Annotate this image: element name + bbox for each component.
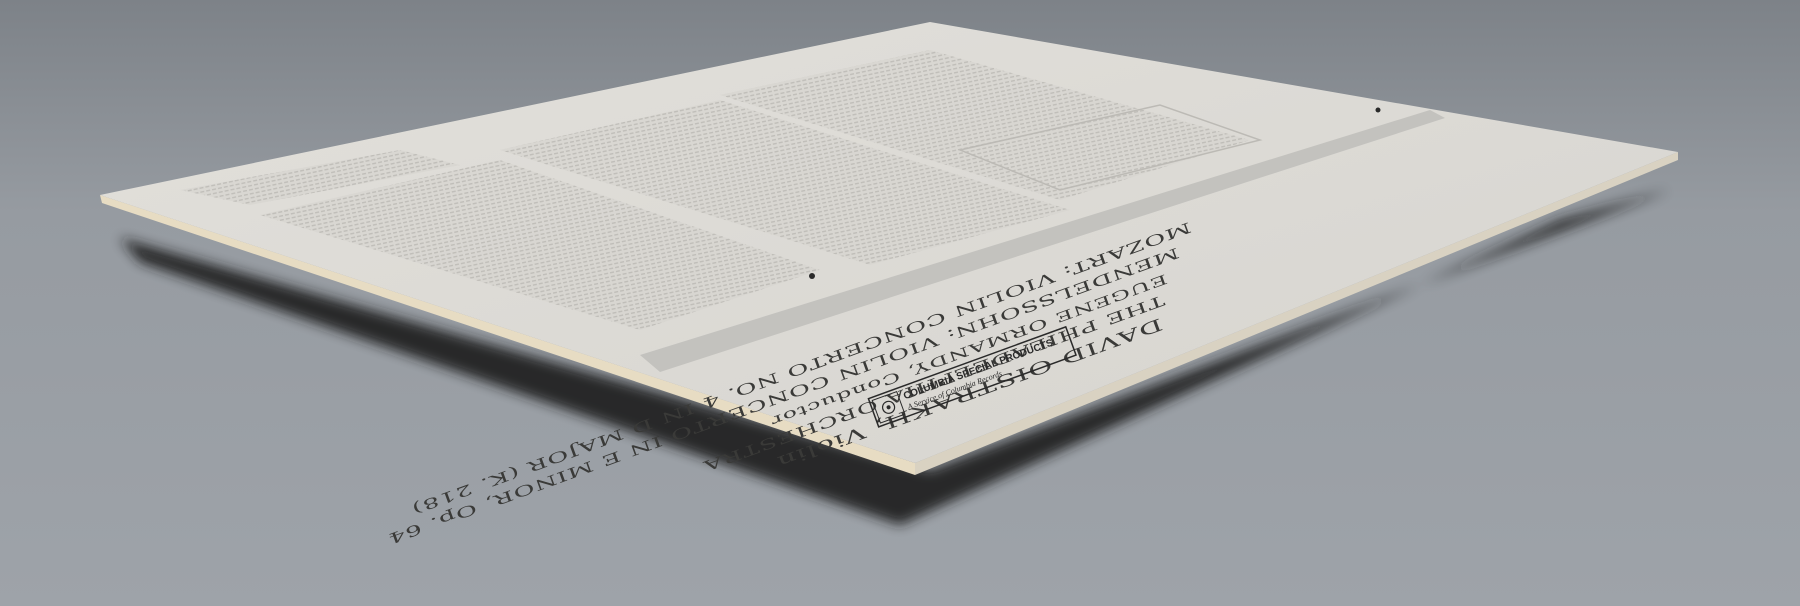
registration-dot (809, 273, 815, 279)
photo-scene: DAVID OISTRAKH, Violin THE PHILADELPHIA … (0, 0, 1800, 606)
registration-dot (1376, 108, 1381, 113)
